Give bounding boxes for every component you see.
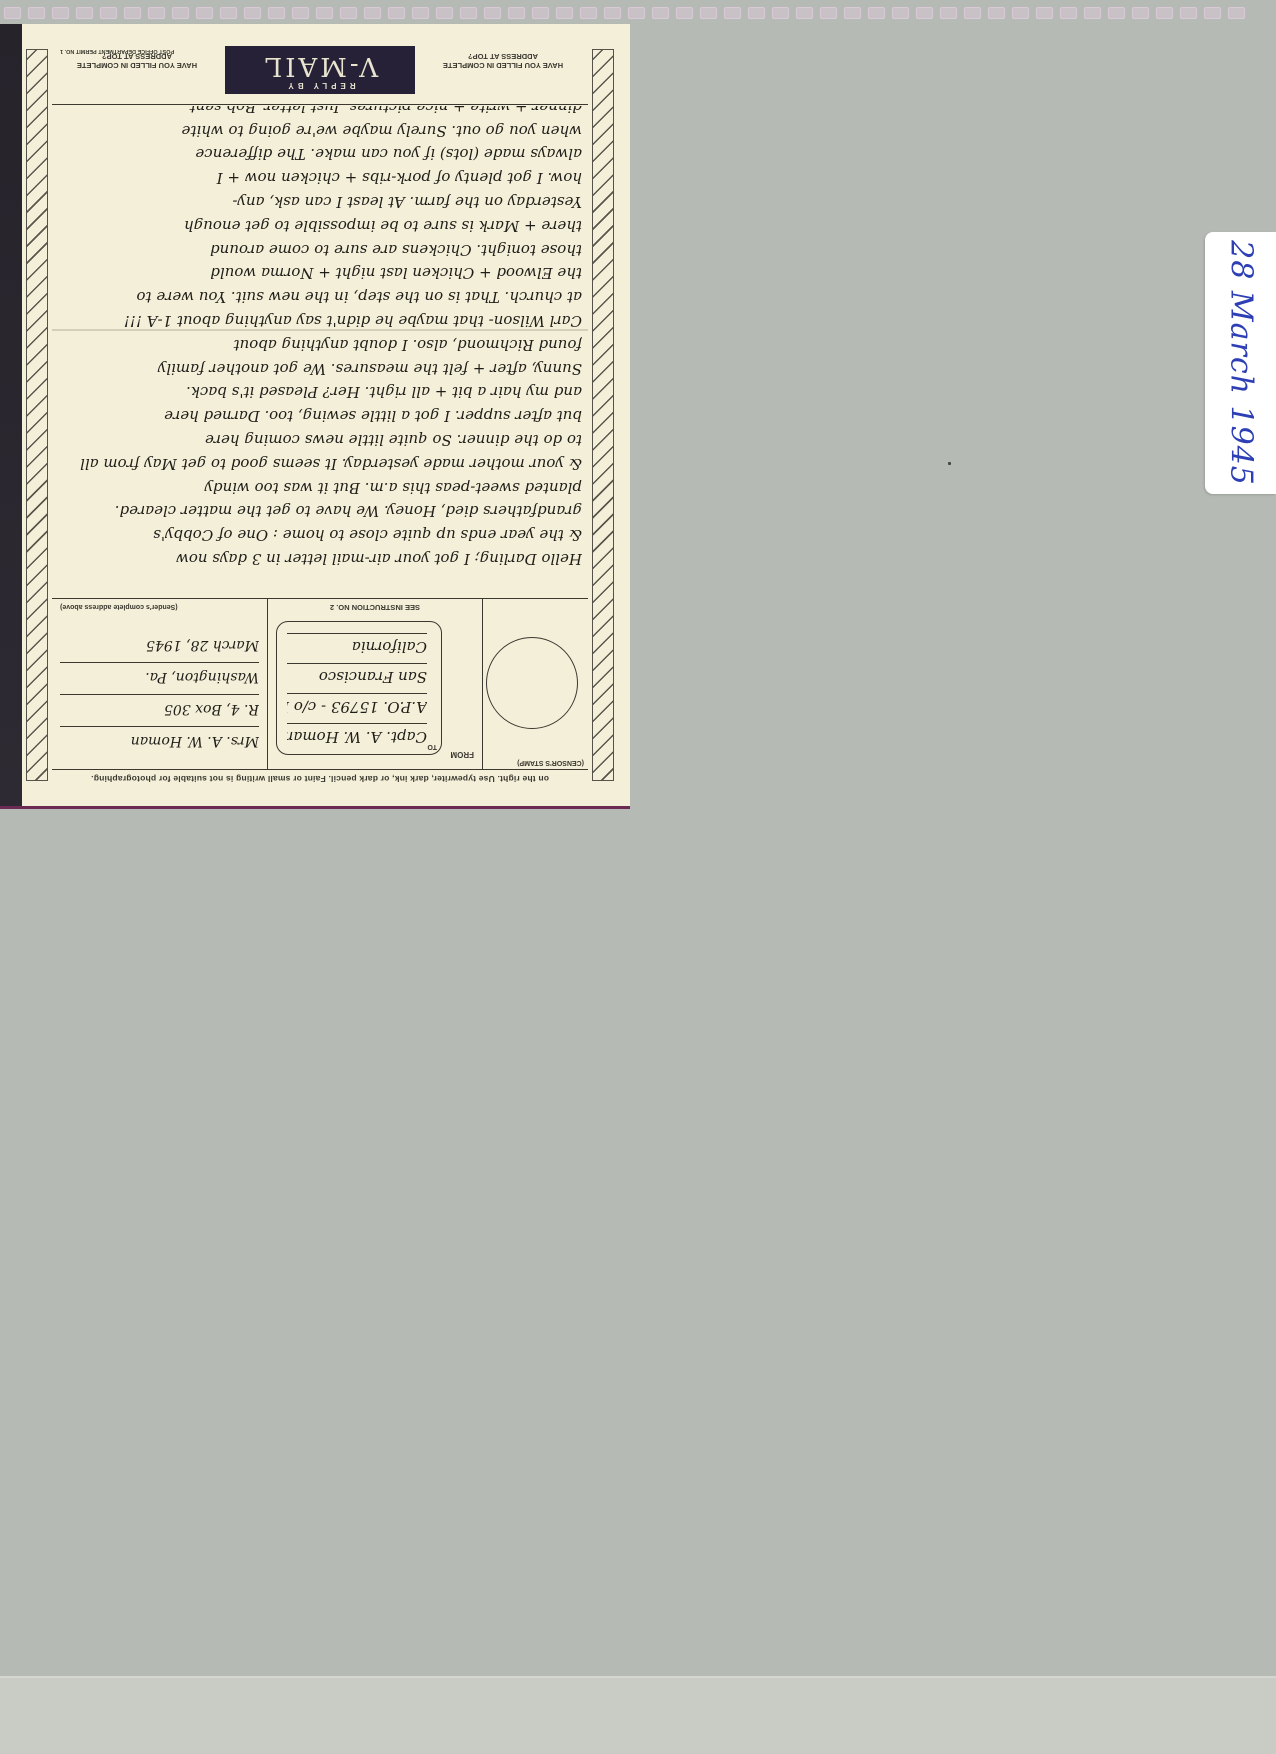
letter-body-line: found Richmond, also. I doubt anything a… (58, 332, 582, 356)
censor-stamp-area: (CENSOR'S STAMP) (482, 599, 588, 769)
letter-body-line: how. I got plenty of pork-ribs + chicken… (58, 165, 582, 189)
letter-body-line: but after supper. I got a little sewing,… (58, 403, 582, 427)
v-mail-logo-box: REPLY BY V-MAIL (225, 46, 415, 94)
perforation-hole (196, 7, 213, 19)
scanner-bed-lower-band (0, 1676, 1276, 1754)
letter-body-line: to do the dinner. So quite little news c… (58, 427, 582, 451)
perforation-hole (268, 7, 285, 19)
reply-by-label: REPLY BY (225, 81, 415, 94)
perforation-hole (148, 7, 165, 19)
perforation-hole (844, 7, 861, 19)
perforation-hole (916, 7, 933, 19)
date-index-tab[interactable]: 28 March 1945 (1205, 232, 1276, 494)
perforation-hole (1060, 7, 1077, 19)
date-tab-label: 28 March 1945 (1223, 240, 1258, 486)
perforation-hole (412, 7, 429, 19)
perforation-hole (100, 7, 117, 19)
address-section: Mrs. A. W. Homan R. 4, Box 305 Washingto… (52, 598, 588, 769)
perforation-hole (796, 7, 813, 19)
perforation-hole (628, 7, 645, 19)
perforation-hole (772, 7, 789, 19)
form-content: on the right. Use typewriter, dark ink, … (52, 44, 588, 786)
perforation-hole (1228, 7, 1245, 19)
perforation-hole (676, 7, 693, 19)
perforation-hole (700, 7, 717, 19)
perforation-hole (532, 7, 549, 19)
letter-body-line: Yesterday on the farm. At least I can as… (58, 189, 582, 213)
v-mail-letter-rotated: on the right. Use typewriter, dark ink, … (0, 24, 630, 806)
perforation-hole (1180, 7, 1197, 19)
censor-stamp-circle (486, 637, 578, 729)
perforation-hole (28, 7, 45, 19)
address-checklist-left: HAVE YOU FILLED IN COMPLETE ADDRESS AT T… (428, 52, 578, 70)
perforation-hole (892, 7, 909, 19)
perforation-hole (364, 7, 381, 19)
hatched-border-right (26, 49, 48, 781)
perforation-hole (220, 7, 237, 19)
letter-body-line: Hello Darling; I got your air-mail lette… (58, 546, 582, 570)
censor-stamp-label: (CENSOR'S STAMP) (483, 756, 588, 769)
perforation-hole (388, 7, 405, 19)
scanner-dark-edge (0, 24, 22, 806)
perforation-hole (652, 7, 669, 19)
perforation-hole (1132, 7, 1149, 19)
perforation-hole (52, 7, 69, 19)
to-label: TO (427, 743, 437, 750)
letter-body-line: grandfathers died, Honey. We have to get… (58, 499, 582, 523)
handwritten-letter-body: Hello Darling; I got your air-mail lette… (52, 106, 588, 576)
perforation-hole (1036, 7, 1053, 19)
perforation-hole (1204, 7, 1221, 19)
paper-fold-crease (52, 329, 588, 331)
letter-body-line: always made (lots) if you can make. The … (58, 142, 582, 166)
to-address-line: San Francisco (287, 663, 427, 686)
perforation-hole (604, 7, 621, 19)
perforation-hole (76, 7, 93, 19)
perforation-hole (748, 7, 765, 19)
perforation-hole (724, 7, 741, 19)
v-mail-letter-sheet: on the right. Use typewriter, dark ink, … (0, 24, 630, 809)
hatched-border-left (592, 49, 614, 781)
perforation-hole (124, 7, 141, 19)
perforation-hole (292, 7, 309, 19)
instruction-label: SEE INSTRUCTION NO. 2 (268, 603, 482, 612)
letter-body-line: the Elwood + Chicken last night + Norma … (58, 261, 582, 285)
to-address-line: A.P.O. 15793 - c/o P.M. (287, 693, 427, 716)
from-label: FROM (450, 750, 474, 759)
perforation-hole (964, 7, 981, 19)
letter-body-line: Sunny, after + felt the measures. We got… (58, 356, 582, 380)
v-mail-header-band: HAVE YOU FILLED IN COMPLETE ADDRESS AT T… (52, 44, 588, 105)
sender-line: Washington, Pa. (60, 662, 259, 685)
perforation-hole (1084, 7, 1101, 19)
perforation-hole (172, 7, 189, 19)
letter-body-line: & your mother made yesterday. It seems g… (58, 451, 582, 475)
binder-perforation-strip (0, 4, 1276, 20)
perforation-hole (1156, 7, 1173, 19)
permit-notice: POST OFFICE DEPARTMENT PERMIT NO. 1 (60, 48, 174, 54)
sender-line: Mrs. A. W. Homan (60, 726, 259, 749)
address-checklist-right: HAVE YOU FILLED IN COMPLETE ADDRESS AT T… (62, 52, 212, 70)
perforation-hole (988, 7, 1005, 19)
to-address-area: FROM TO Capt. A. W. Homan 0-686829 A.P.O… (268, 599, 482, 769)
perforation-hole (556, 7, 573, 19)
to-address-box: TO Capt. A. W. Homan 0-686829 A.P.O. 157… (276, 621, 442, 755)
to-address-line: California (287, 633, 427, 656)
letter-body-line: when you go out. Surely maybe we're goin… (58, 118, 582, 142)
perforation-hole (868, 7, 885, 19)
perforation-hole (940, 7, 957, 19)
perforation-hole (460, 7, 477, 19)
letter-body-line: & the year ends up quite close to home :… (58, 522, 582, 546)
perforation-hole (580, 7, 597, 19)
sender-address-block: Mrs. A. W. Homan R. 4, Box 305 Washingto… (52, 599, 268, 769)
sender-note-label: (Sender's complete address above) (60, 603, 178, 610)
letter-body-line: at church. That is on the step, in the n… (58, 284, 582, 308)
letter-body-line: and my hair a bit + all right. Her? Plea… (58, 380, 582, 404)
perforation-hole (508, 7, 525, 19)
letter-body-line: planted sweet-peas this a.m. But it was … (58, 475, 582, 499)
perforation-hole (820, 7, 837, 19)
letter-body-line: there + Mark is sure to be impossible to… (58, 213, 582, 237)
letter-body-line: those tonight. Chickens are sure to come… (58, 237, 582, 261)
perforation-hole (484, 7, 501, 19)
v-mail-logo: V-MAIL (225, 51, 415, 81)
perforation-hole (316, 7, 333, 19)
perforation-hole (1012, 7, 1029, 19)
perforation-hole (1108, 7, 1125, 19)
perforation-hole (4, 7, 21, 19)
sender-line: R. 4, Box 305 (60, 694, 259, 717)
sender-date: March 28, 1945 (60, 631, 259, 653)
perforation-hole (340, 7, 357, 19)
to-address-line: Capt. A. W. Homan 0-686829 (287, 723, 427, 746)
perforation-hole (436, 7, 453, 19)
perforation-hole (244, 7, 261, 19)
letter-body-line: dinner + write + nice pictures. Just let… (58, 106, 582, 118)
dust-speck (948, 462, 951, 465)
form-footer-instruction: on the right. Use typewriter, dark ink, … (52, 769, 588, 786)
